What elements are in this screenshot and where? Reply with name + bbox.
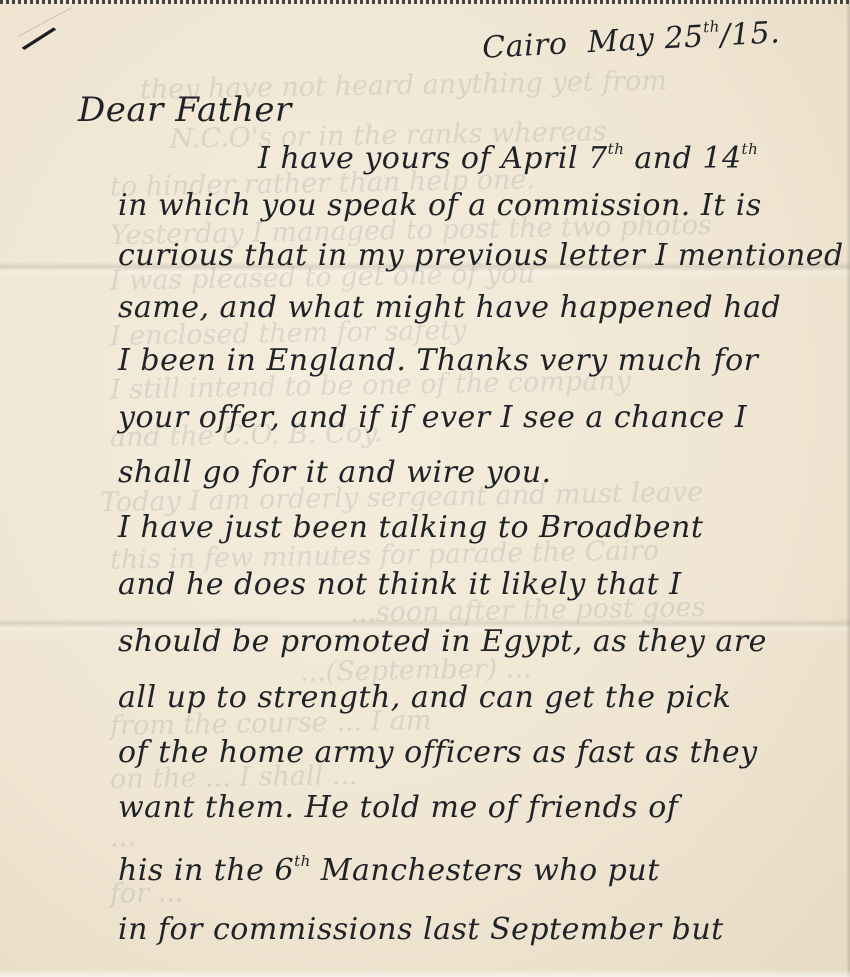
letter-line: shall go for it and wire you. bbox=[118, 455, 552, 490]
letter-page: they have not heard anything yet from N.… bbox=[0, 0, 850, 977]
dateline-year: /15. bbox=[719, 15, 781, 53]
letter-line: and he does not think it likely that I bbox=[118, 567, 682, 602]
letter-line: should be promoted in Egypt, as they are bbox=[118, 624, 767, 659]
letter-line: your offer, and if if ever I see a chanc… bbox=[118, 400, 747, 435]
dateline-place: Cairo bbox=[481, 26, 568, 65]
line-text: I have yours of April 7 bbox=[258, 141, 608, 176]
ordinal-suffix: th bbox=[742, 140, 759, 158]
letter-line: I been in England. Thanks very much for bbox=[118, 343, 759, 378]
letter-line: same, and what might have happened had bbox=[118, 290, 781, 325]
dateline-date: May 25 bbox=[587, 19, 705, 60]
letter-line: all up to strength, and can get the pick bbox=[118, 680, 731, 715]
ordinal-suffix: th bbox=[608, 140, 625, 158]
letter-line: of the home army officers as fast as the… bbox=[118, 735, 758, 770]
dateline-ordinal: th bbox=[703, 17, 721, 36]
line-text: his in the 6 bbox=[118, 853, 294, 888]
letter-line: curious that in my previous letter I men… bbox=[118, 238, 844, 273]
ordinal-suffix: th bbox=[294, 852, 311, 870]
letter-line: I have yours of April 7th and 14th bbox=[258, 140, 758, 176]
salutation: Dear Father bbox=[78, 90, 292, 130]
letter-line: in which you speak of a commission. It i… bbox=[118, 188, 762, 223]
line-text: Manchesters who put bbox=[311, 853, 660, 888]
letter-line: his in the 6th Manchesters who put bbox=[118, 852, 660, 888]
line-text: and 14 bbox=[624, 141, 741, 176]
letter-line: want them. He told me of friends of bbox=[118, 790, 678, 825]
letter-line: in for commissions last September but bbox=[118, 912, 724, 947]
letter-line: I have just been talking to Broadbent bbox=[118, 510, 703, 545]
ghost-line: ... bbox=[110, 822, 136, 853]
